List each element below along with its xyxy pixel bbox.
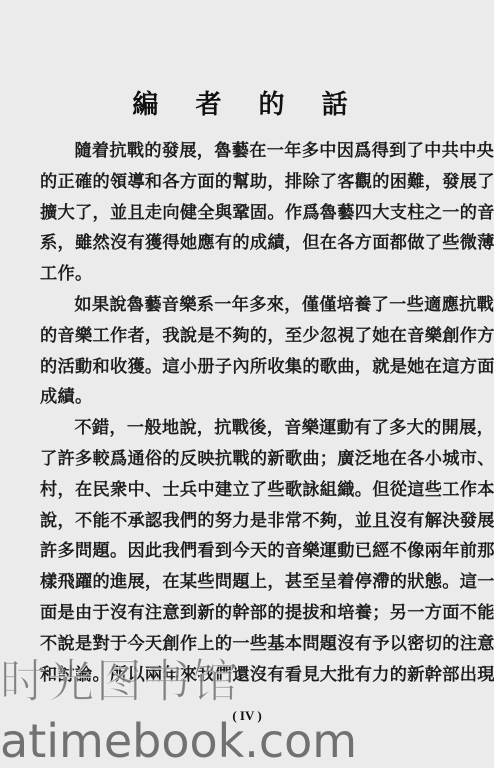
page-title: 編 者 的 話 [0,84,494,121]
text-line: 面是由于沒有注意到新的幹部的提拔和培養；另一方面不能 [40,598,460,629]
text-line: 說，不能不承認我們的努力是非常不夠，並且沒有解決發展中 [40,506,460,537]
body-text: 隨着抗戰的發展，魯藝在一年多中因爲得到了中共中央 的正確的領導和各方面的幫助，排… [40,136,460,690]
paragraph-3: 不錯，一般地說，抗戰後，音樂運動有了多大的開展，創作 了許多較爲通俗的反映抗戰的… [40,413,460,690]
text-line: 了許多較爲通俗的反映抗戰的新歌曲；廣泛地在各小城市、鄉 [40,444,460,475]
text-line: 的正確的領導和各方面的幫助，排除了客觀的困難，發展了、 [40,167,460,198]
text-line: 的活動和收獲。這小册子內所收集的歌曲，就是她在這方面的 [40,352,460,383]
text-line: 樣飛躍的進展，在某些問題上，甚至呈着停滯的狀態。這一方 [40,567,460,598]
watermark-url: atimebook.com [0,714,357,768]
text-line: 擴大了，並且走向健全與鞏固。作爲魯藝四大支柱之一的音樂 [40,198,460,229]
text-line: 成績。 [40,382,460,413]
text-line: 的音樂工作者，我說是不夠的，至少忽視了她在音樂創作方面 [40,321,460,352]
text-line: 如果說魯藝音樂系一年多來，僅僅培養了一些適應抗戰 [40,290,460,321]
watermark-chinese: 时光图书馆 [0,656,240,706]
text-line: 系，雖然沒有獲得她應有的成績，但在各方面都做了些微薄的 [40,228,460,259]
text-line: 許多問題。因此我們看到今天的音樂運動已經不像兩年前那 [40,536,460,567]
text-line: 不錯，一般地說，抗戰後，音樂運動有了多大的開展，創作 [40,413,460,444]
text-line: 工作。 [40,259,460,290]
paragraph-2: 如果說魯藝音樂系一年多來，僅僅培養了一些適應抗戰 的音樂工作者，我說是不夠的，至… [40,290,460,413]
text-line: 隨着抗戰的發展，魯藝在一年多中因爲得到了中共中央 [40,136,460,167]
text-line: 村，在民衆中、士兵中建立了些歌詠組織。但從這些工作本身 [40,475,460,506]
document-page: 編 者 的 話 隨着抗戰的發展，魯藝在一年多中因爲得到了中共中央 的正確的領導和… [0,0,494,768]
paragraph-1: 隨着抗戰的發展，魯藝在一年多中因爲得到了中共中央 的正確的領導和各方面的幫助，排… [40,136,460,290]
